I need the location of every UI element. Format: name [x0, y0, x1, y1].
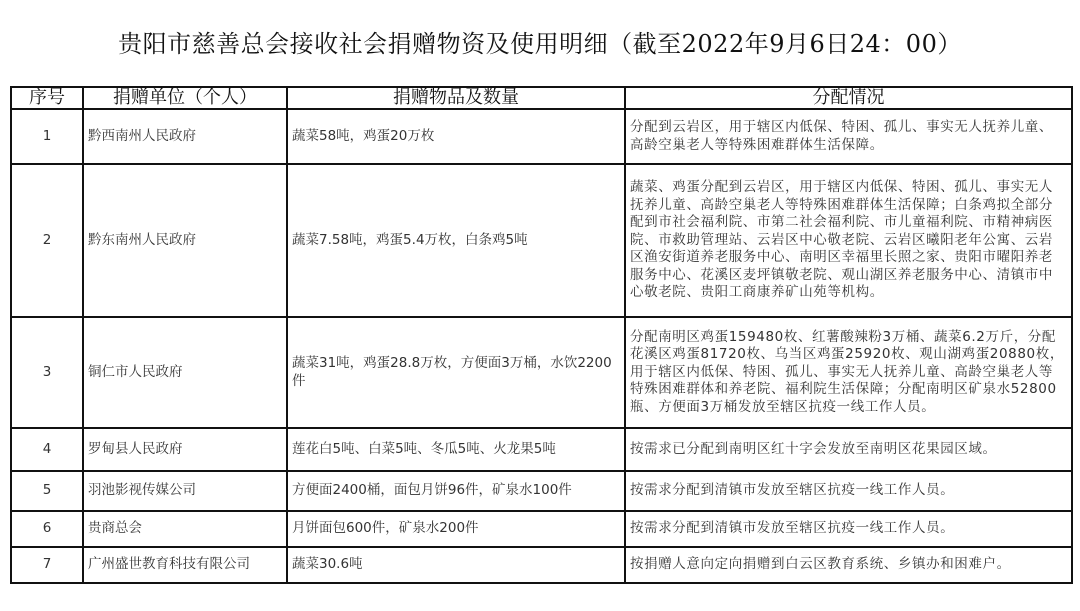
cell-donor: 罗甸县人民政府 [83, 428, 287, 471]
cell-serial-number: 1 [11, 109, 83, 164]
cell-distribution: 按需求分配到清镇市发放至辖区抗疫一线工作人员。 [625, 471, 1072, 511]
table-row: 3 铜仁市人民政府 蔬菜31吨，鸡蛋28.8万枚，方便面3万桶，水饮2200件 … [11, 317, 1072, 428]
header-items: 捐赠物品及数量 [287, 87, 625, 109]
cell-donor: 羽池影视传媒公司 [83, 471, 287, 511]
header-distribution: 分配情况 [625, 87, 1072, 109]
cell-serial-number: 3 [11, 317, 83, 428]
table-header-row: 序号 捐赠单位（个人） 捐赠物品及数量 分配情况 [11, 87, 1072, 109]
cell-items: 方便面2400桶，面包月饼96件，矿泉水100件 [287, 471, 625, 511]
cell-serial-number: 4 [11, 428, 83, 471]
cell-distribution: 按需求已分配到南明区红十字会发放至南明区花果园区域。 [625, 428, 1072, 471]
donation-table: 序号 捐赠单位（个人） 捐赠物品及数量 分配情况 1 黔西南州人民政府 蔬菜58… [10, 86, 1073, 584]
cell-distribution: 蔬菜、鸡蛋分配到云岩区，用于辖区内低保、特困、孤儿、事实无人抚养儿童、高龄空巢老… [625, 164, 1072, 317]
table-row: 1 黔西南州人民政府 蔬菜58吨，鸡蛋20万枚 分配到云岩区，用于辖区内低保、特… [11, 109, 1072, 164]
cell-serial-number: 6 [11, 511, 83, 547]
cell-donor: 黔东南州人民政府 [83, 164, 287, 317]
cell-items: 蔬菜7.58吨，鸡蛋5.4万枚，白条鸡5吨 [287, 164, 625, 317]
cell-items: 蔬菜58吨，鸡蛋20万枚 [287, 109, 625, 164]
cell-items: 蔬菜31吨，鸡蛋28.8万枚，方便面3万桶，水饮2200件 [287, 317, 625, 428]
cell-serial-number: 5 [11, 471, 83, 511]
cell-donor: 贵商总会 [83, 511, 287, 547]
document-title: 贵阳市慈善总会接收社会捐赠物资及使用明细（截至2022年9月6日24：00） [0, 24, 1080, 59]
cell-donor: 广州盛世教育科技有限公司 [83, 547, 287, 583]
cell-distribution: 分配南明区鸡蛋159480枚、红薯酸辣粉3万桶、蔬菜6.2万斤，分配花溪区鸡蛋8… [625, 317, 1072, 428]
table-row: 2 黔东南州人民政府 蔬菜7.58吨，鸡蛋5.4万枚，白条鸡5吨 蔬菜、鸡蛋分配… [11, 164, 1072, 317]
cell-donor: 铜仁市人民政府 [83, 317, 287, 428]
table-row: 7 广州盛世教育科技有限公司 蔬菜30.6吨 按捐赠人意向定向捐赠到白云区教育系… [11, 547, 1072, 583]
header-donor: 捐赠单位（个人） [83, 87, 287, 109]
cell-items: 月饼面包600件，矿泉水200件 [287, 511, 625, 547]
cell-donor: 黔西南州人民政府 [83, 109, 287, 164]
cell-items: 蔬菜30.6吨 [287, 547, 625, 583]
cell-distribution: 按需求分配到清镇市发放至辖区抗疫一线工作人员。 [625, 511, 1072, 547]
header-serial-number: 序号 [11, 87, 83, 109]
cell-distribution: 分配到云岩区，用于辖区内低保、特困、孤儿、事实无人抚养儿童、高龄空巢老人等特殊困… [625, 109, 1072, 164]
table-row: 4 罗甸县人民政府 莲花白5吨、白菜5吨、冬瓜5吨、火龙果5吨 按需求已分配到南… [11, 428, 1072, 471]
table-row: 6 贵商总会 月饼面包600件，矿泉水200件 按需求分配到清镇市发放至辖区抗疫… [11, 511, 1072, 547]
cell-distribution: 按捐赠人意向定向捐赠到白云区教育系统、乡镇办和困难户。 [625, 547, 1072, 583]
table-row: 5 羽池影视传媒公司 方便面2400桶，面包月饼96件，矿泉水100件 按需求分… [11, 471, 1072, 511]
cell-items: 莲花白5吨、白菜5吨、冬瓜5吨、火龙果5吨 [287, 428, 625, 471]
cell-serial-number: 2 [11, 164, 83, 317]
cell-serial-number: 7 [11, 547, 83, 583]
